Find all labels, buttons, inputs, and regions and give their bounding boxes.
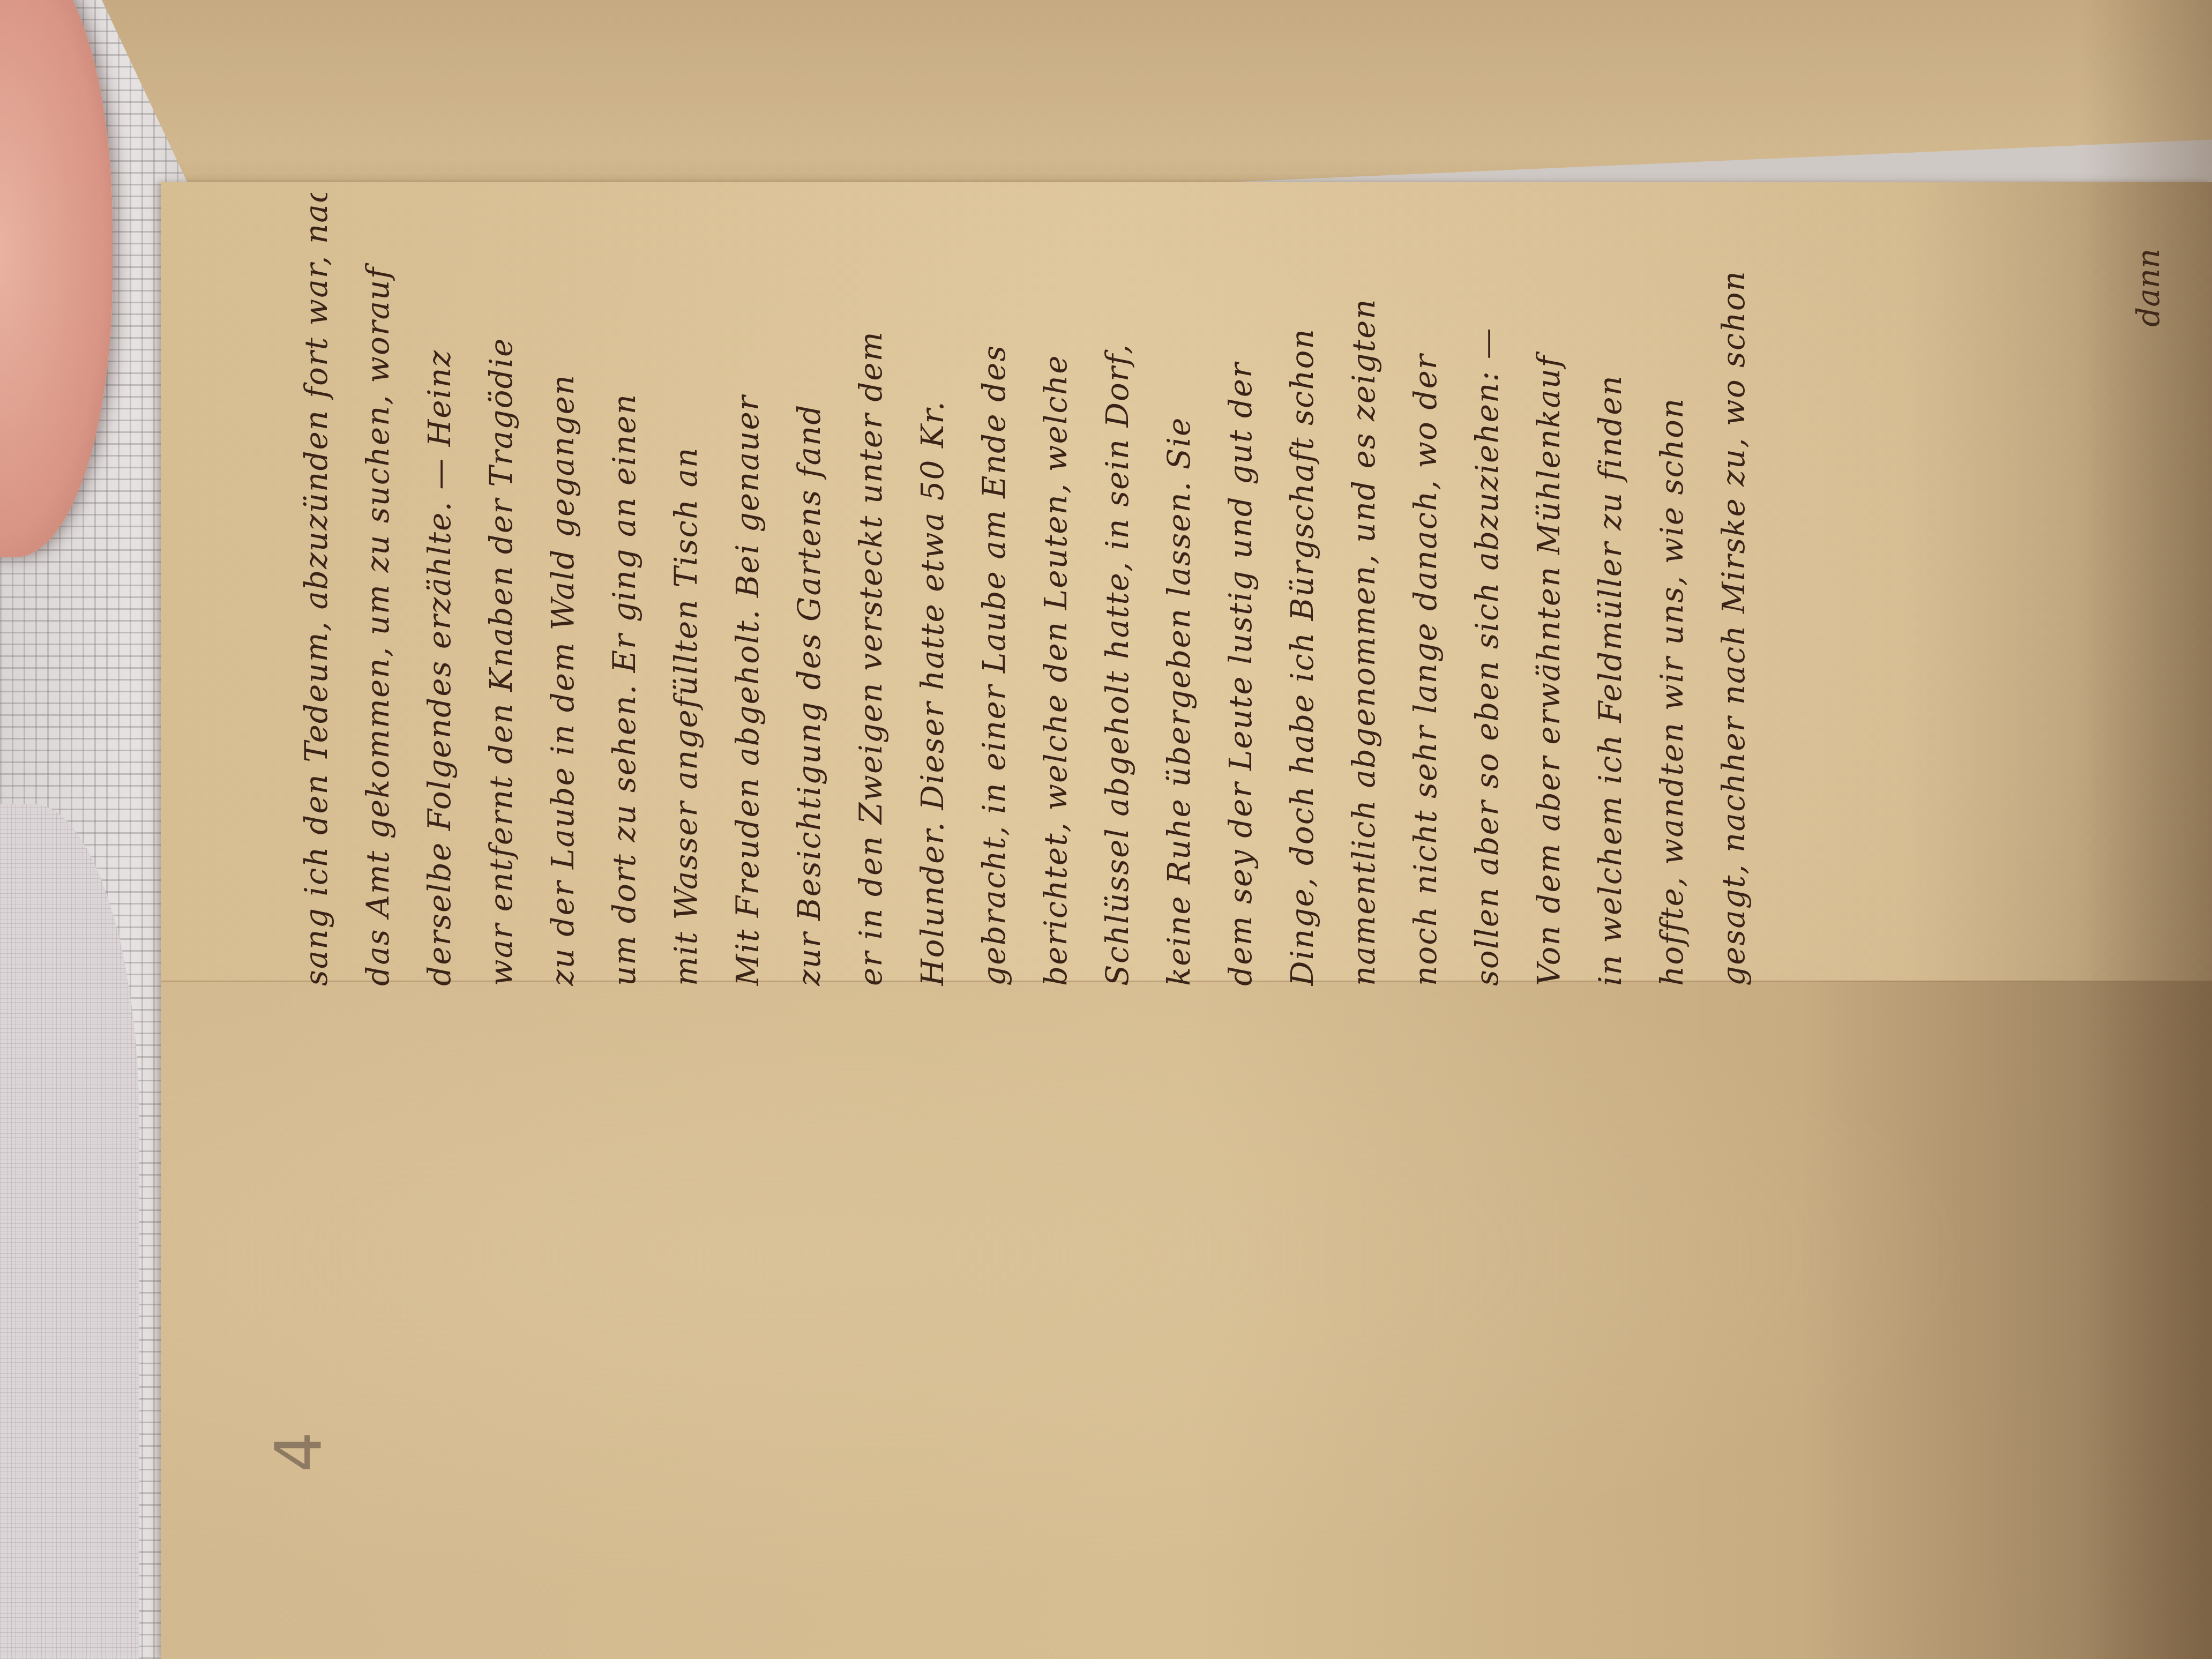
handwritten-line: um dort zu sehen. Er ging an einen xyxy=(600,193,648,986)
handwritten-line: gesagt, nachher nach Mirske zu, wo schon xyxy=(1709,193,1758,986)
handwritten-line: derselbe Folgendes erzählte. — Heinz xyxy=(415,193,464,986)
handwritten-line: in welchem ich Feldmüller zu finden xyxy=(1586,193,1634,986)
handwritten-line: hoffte, wandten wir uns, wie schon xyxy=(1648,193,1696,986)
handwritten-line: zu der Laube in dem Wald gegangen xyxy=(539,193,587,986)
handwritten-line: Mit Freuden abgeholt. Bei genauer xyxy=(723,193,772,986)
handwritten-line: gebracht, in einer Laube am Ende des xyxy=(970,193,1018,986)
handwritten-line: Holunder. Dieser hatte etwa 50 Kr. xyxy=(908,193,956,986)
letter-page-lower-fold xyxy=(161,981,2212,1659)
handwritten-line: keine Ruhe übergeben lassen. Sie xyxy=(1155,193,1203,986)
handwritten-line: sang ich den Tedeum, abzuzünden fort war… xyxy=(292,193,340,986)
handwritten-line: namentlich abgenommen, und es zeigten xyxy=(1340,193,1388,986)
handwritten-line: Dinge, doch habe ich Bürgschaft schon xyxy=(1278,193,1326,986)
handwritten-line: noch nicht sehr lange danach, wo der xyxy=(1401,193,1449,986)
handwritten-line: sollen aber so eben sich abzuziehen: — xyxy=(1463,193,1511,986)
handwritten-line: mit Wasser angefüllten Tisch an xyxy=(662,193,710,986)
handwritten-line: er in den Zweigen versteckt unter dem xyxy=(847,193,895,986)
catchword: dann xyxy=(2130,249,2166,327)
handwritten-line: war entfernt den Knaben der Tragödie xyxy=(477,193,525,986)
handwritten-line: das Amt gekommen, um zu suchen, worauf xyxy=(354,193,402,986)
handwritten-line: berichtet, welche den Leuten, welche xyxy=(1032,193,1080,986)
pencil-page-number: 4 xyxy=(262,1431,337,1472)
handwritten-line: dem sey der Leute lustig und gut der xyxy=(1216,193,1265,986)
handwritten-line: Schlüssel abgeholt hatte, in sein Dorf, xyxy=(1093,193,1141,986)
handwritten-line: Von dem aber erwähnten Mühlenkauf xyxy=(1525,193,1573,986)
handwritten-line: zur Besichtigung des Gartens fand xyxy=(785,193,833,986)
